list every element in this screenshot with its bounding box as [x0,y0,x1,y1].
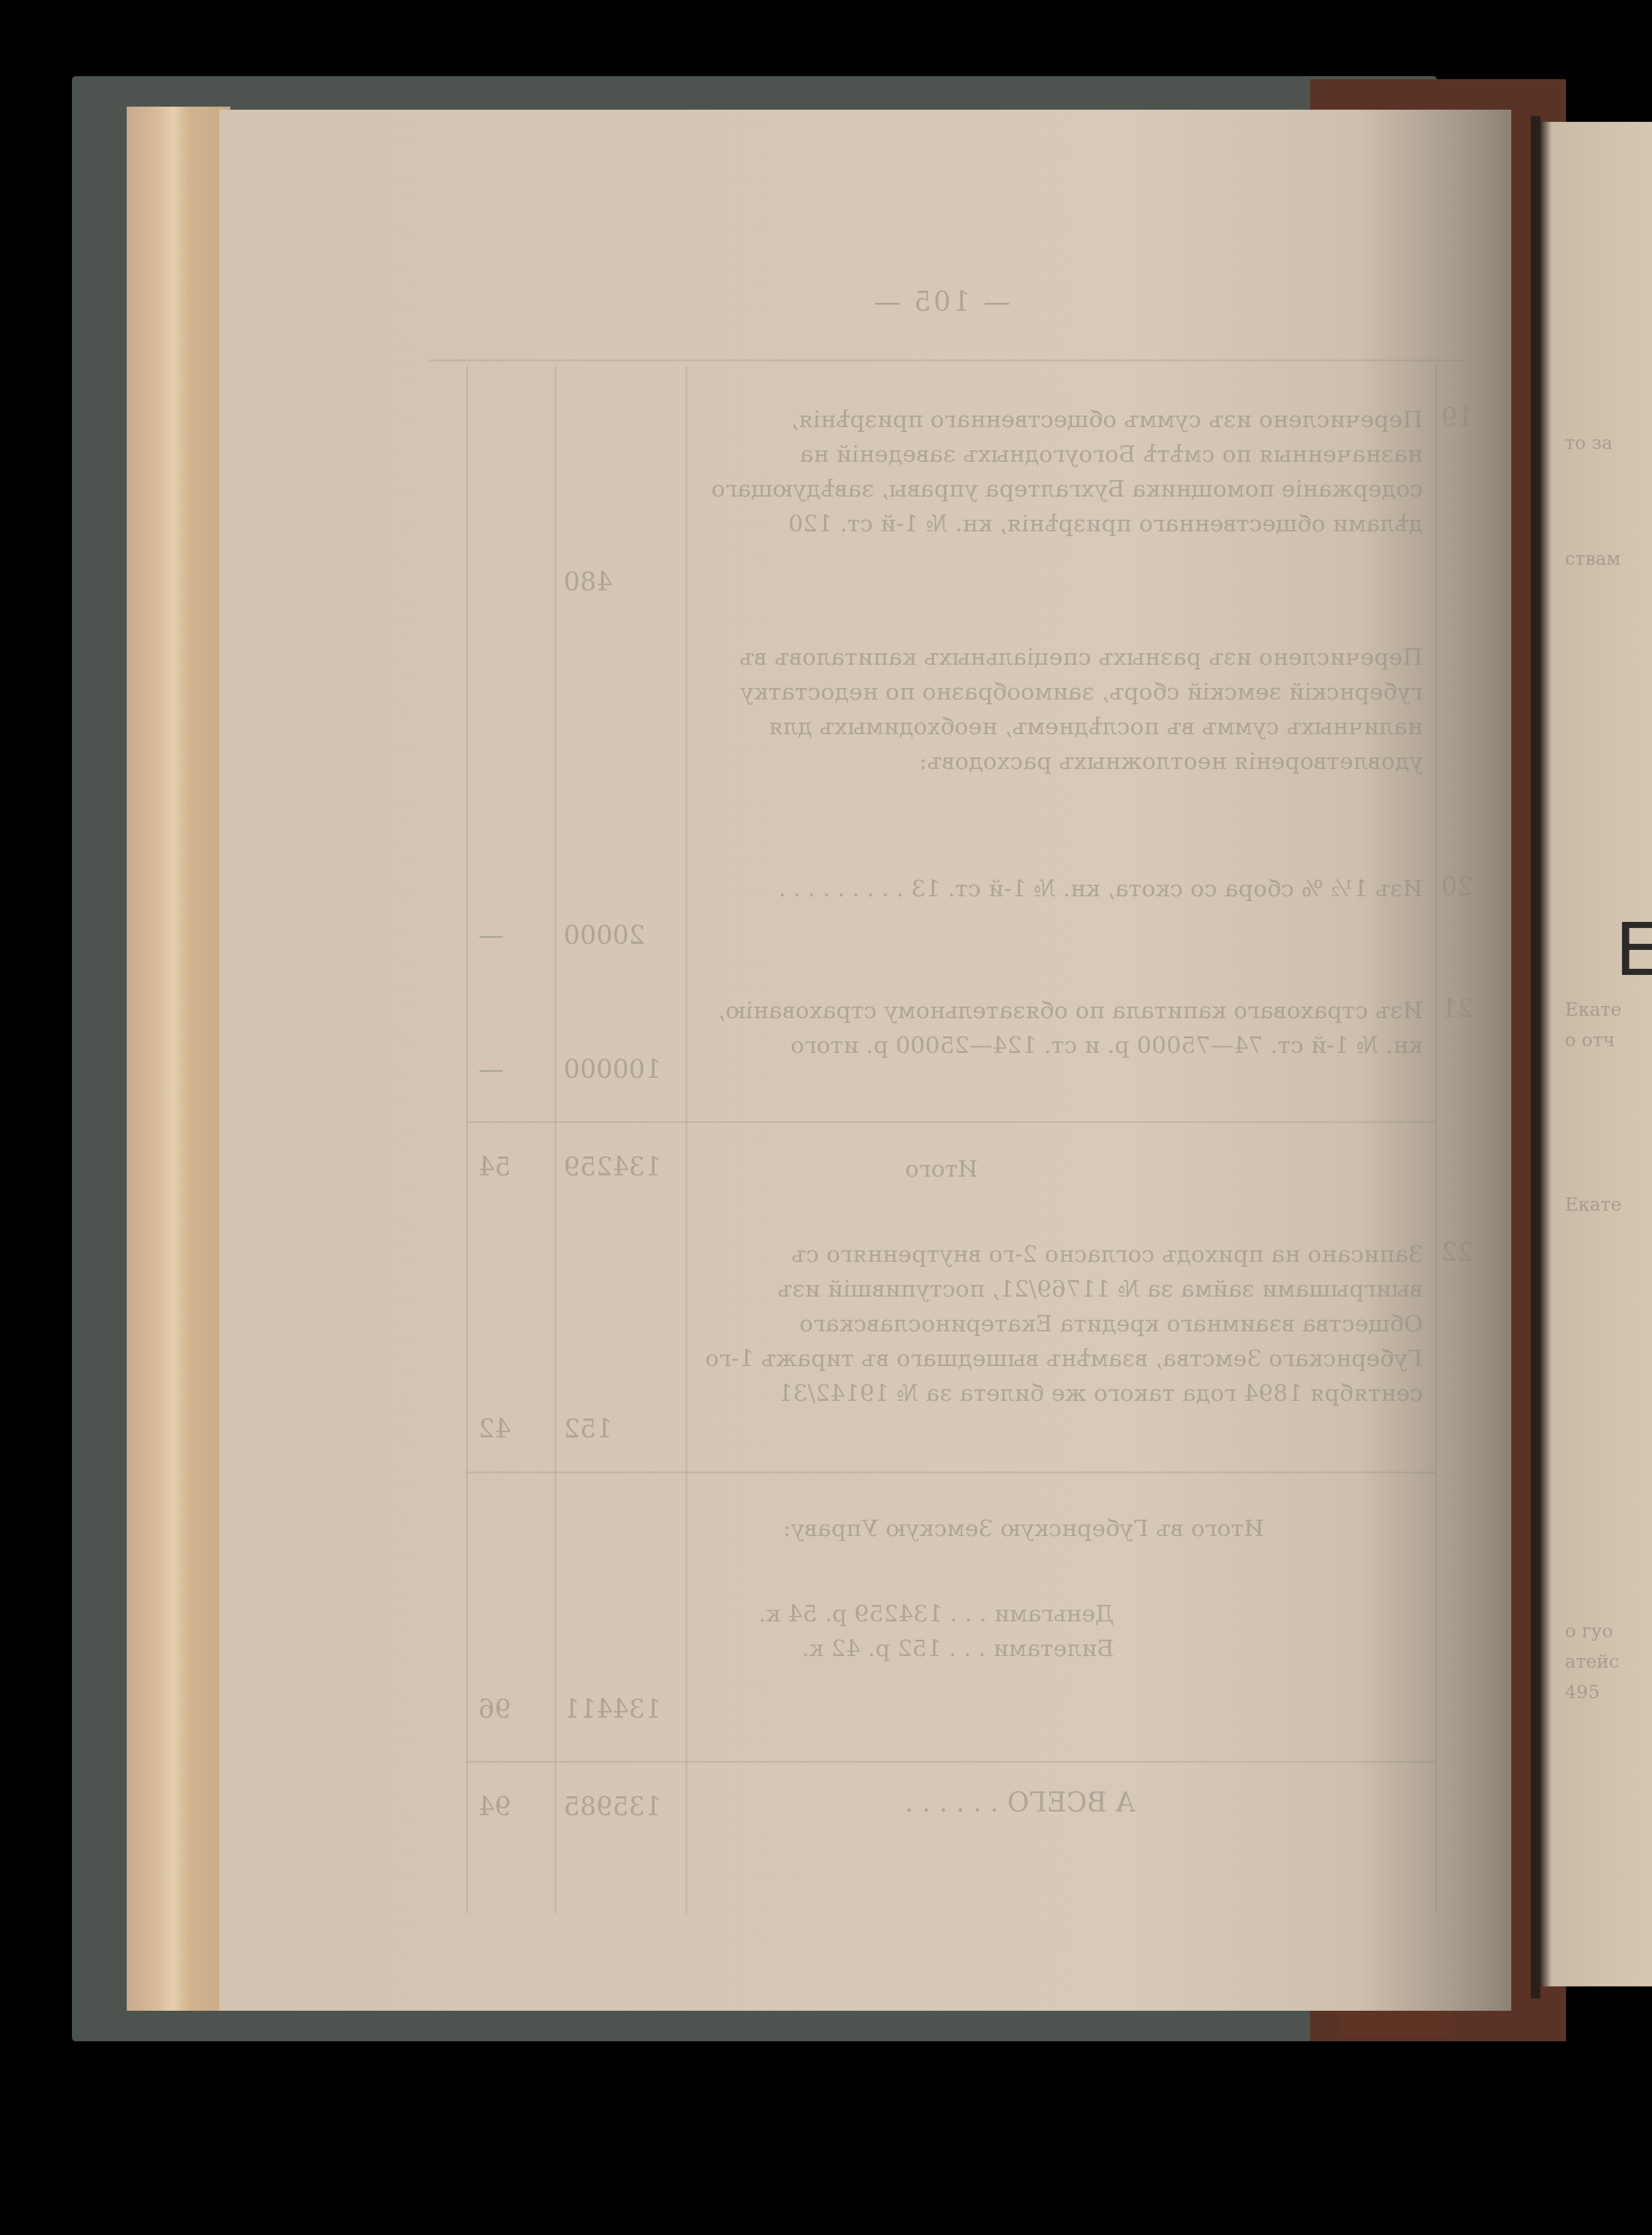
board-total-amount: 134411 [564,1694,661,1724]
entry-amount: 152 [564,1414,612,1443]
entry-index: 21 [1441,993,1473,1023]
page-number: — 105 — [871,286,1010,317]
facing-page: то за ствам Екате о отч Екате о гуо атей… [1540,122,1652,1986]
book-gutter [1531,116,1540,1999]
entry-index: 20 [1441,871,1473,901]
entry-text: Изъ страховаго капитала по обязательному… [698,993,1423,1063]
table-row-rule [466,1472,1435,1473]
facing-fragment: 495 [1565,1682,1600,1703]
table-column-rule [1435,366,1437,1913]
entry-kopecks: 42 [478,1414,511,1443]
facing-fragment: то за [1565,433,1612,454]
entry-index: 22 [1441,1237,1473,1267]
facing-page-letter: E [1615,914,1652,987]
facing-fragment: атейс [1565,1651,1619,1673]
subtotal-kopecks: 54 [478,1152,511,1181]
table-row-rule [466,1761,1435,1763]
entry-amount: 20000 [564,920,645,950]
entry-amount: 480 [564,567,612,597]
entry-index: 19 [1441,402,1473,432]
facing-fragment: Екате [1565,999,1622,1021]
board-total-kopecks: 96 [478,1694,511,1724]
facing-fragment: о гуо [1565,1621,1613,1642]
board-total-label: Итого въ Губернскую Земскую Управу: [783,1511,1264,1546]
entry-text: Перечислено изъ суммъ общественнаго приз… [698,402,1423,541]
board-total-breakdown: Деньгами . . . 134259 р. 54 к. Билетами … [759,1596,1114,1666]
entry-text: Перечислено изъ разныхъ спеціальныхъ кап… [698,640,1423,779]
table-column-rule [466,366,468,1913]
grand-total-label: А ВСЕГО . . . . . . [905,1785,1135,1820]
entry-kopecks: — [478,920,504,950]
table-row-rule [466,1121,1435,1123]
table-top-rule [430,360,1466,361]
entry-kopecks: — [478,1054,504,1084]
facing-fragment: Екате [1565,1194,1622,1216]
subtotal-label: Итого [905,1152,978,1186]
grand-total-amount: 135985 [564,1791,661,1821]
grand-total-kopecks: 94 [478,1791,511,1821]
page-edges [127,107,230,2011]
entry-text: Записано на приходъ согласно 2-го внутре… [698,1237,1423,1411]
facing-fragment: о отч [1565,1030,1615,1051]
entry-text: Изъ 1½ % сбора со скота, кн. № 1-й ст. 1… [698,871,1423,906]
table-column-rule [686,366,687,1913]
bleed-through-table: Перечислено изъ суммъ общественнаго приз… [442,366,1447,1913]
table-column-rule [555,366,556,1913]
facing-fragment: ствам [1565,548,1621,570]
subtotal-amount: 134259 [564,1152,661,1181]
entry-amount: 100000 [564,1054,661,1084]
